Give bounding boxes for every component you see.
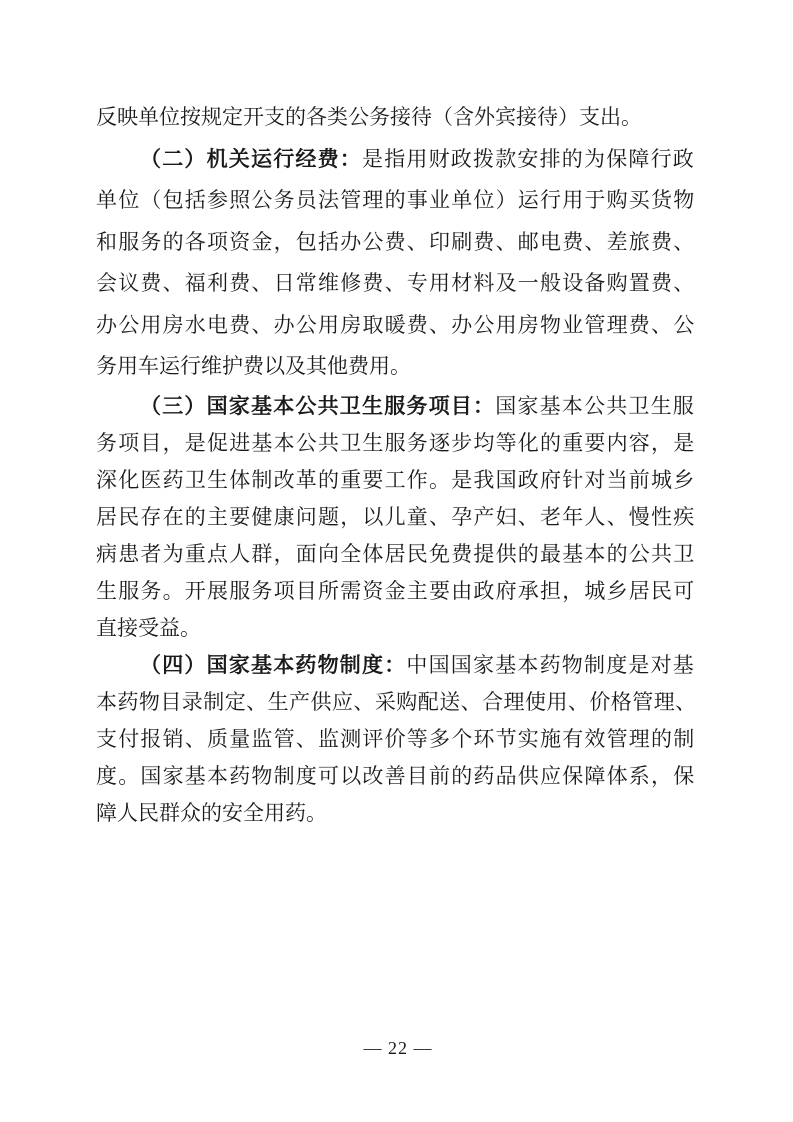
text-line: 会议费、福利费、日常维修费、专用材料及一般设备购置费、 (96, 263, 700, 305)
text-line: 障人民群众的安全用药。 (96, 795, 700, 832)
line-text: 务项目，是促进基本公共卫生服务逐步均等化的重要内容，是 (96, 431, 695, 455)
line-text: 务用车运行维护费以及其他费用。 (96, 354, 411, 378)
text-line: 务用车运行维护费以及其他费用。 (96, 346, 700, 388)
text-line: 务项目，是促进基本公共卫生服务逐步均等化的重要内容，是 (96, 425, 700, 462)
line-text: 度。国家基本药物制度可以改善目前的药品供应保障体系，保 (96, 764, 695, 788)
text-line: 病患者为重点人群，面向全体居民免费提供的最基本的公共卫 (96, 536, 700, 573)
line-text: 深化医药卫生体制改革的重要工作。是我国政府针对当前城乡 (96, 468, 695, 492)
paragraph-agency-operating-expenses: （二）机关运行经费：是指用财政拨款安排的为保障行政 单位（包括参照公务员法管理的… (96, 139, 700, 388)
paragraph-intro-continuation: 反映单位按规定开支的各类公务接待（含外宾接待）支出。 (96, 97, 700, 139)
text-line: （二）机关运行经费：是指用财政拨款安排的为保障行政 (96, 139, 700, 181)
text-line: 直接受益。 (96, 610, 700, 647)
line-text: 生服务。开展服务项目所需资金主要由政府承担，城乡居民可 (96, 579, 695, 603)
section-heading-bold: （三）国家基本公共卫生服务项目： (140, 394, 495, 418)
section-heading-bold: （四）国家基本药物制度： (140, 653, 406, 677)
document-page: 反映单位按规定开支的各类公务接待（含外宾接待）支出。 （二）机关运行经费：是指用… (0, 0, 793, 1122)
line-text: 办公用房水电费、办公用房取暖费、办公用房物业管理费、公 (96, 313, 695, 337)
text-line: 单位（包括参照公务员法管理的事业单位）运行用于购买货物 (96, 180, 700, 222)
line-text: 和服务的各项资金，包括办公费、印刷费、邮电费、差旅费、 (96, 230, 695, 254)
page-body: 反映单位按规定开支的各类公务接待（含外宾接待）支出。 （二）机关运行经费：是指用… (96, 97, 700, 832)
paragraph-public-health-service-program: （三）国家基本公共卫生服务项目：国家基本公共卫生服 务项目，是促进基本公共卫生服… (96, 388, 700, 647)
line-text: 国家基本公共卫生服 (495, 394, 695, 418)
paragraph-essential-drug-system: （四）国家基本药物制度：中国国家基本药物制度是对基 本药物目录制定、生产供应、采… (96, 647, 700, 832)
text-line: 反映单位按规定开支的各类公务接待（含外宾接待）支出。 (96, 97, 700, 139)
line-text: 支付报销、质量监管、监测评价等多个环节实施有效管理的制 (96, 727, 695, 751)
text-line: 本药物目录制定、生产供应、采购配送、合理使用、价格管理、 (96, 684, 700, 721)
line-text: 中国国家基本药物制度是对基 (406, 653, 695, 677)
text-line: 生服务。开展服务项目所需资金主要由政府承担，城乡居民可 (96, 573, 700, 610)
text-line: 深化医药卫生体制改革的重要工作。是我国政府针对当前城乡 (96, 462, 700, 499)
text-line: （四）国家基本药物制度：中国国家基本药物制度是对基 (96, 647, 700, 684)
text-line: 居民存在的主要健康问题，以儿童、孕产妇、老年人、慢性疾 (96, 499, 700, 536)
line-text: 是指用财政拨款安排的为保障行政 (362, 147, 695, 171)
line-text: 反映单位按规定开支的各类公务接待（含外宾接待）支出。 (96, 105, 642, 129)
line-text: 直接受益。 (96, 616, 201, 640)
line-text: 居民存在的主要健康问题，以儿童、孕产妇、老年人、慢性疾 (96, 505, 695, 529)
text-line: 办公用房水电费、办公用房取暖费、办公用房物业管理费、公 (96, 305, 700, 347)
line-text: 障人民群众的安全用药。 (96, 801, 327, 825)
text-line: 支付报销、质量监管、监测评价等多个环节实施有效管理的制 (96, 721, 700, 758)
line-text: 病患者为重点人群，面向全体居民免费提供的最基本的公共卫 (96, 542, 695, 566)
line-text: 会议费、福利费、日常维修费、专用材料及一般设备购置费、 (96, 271, 695, 295)
text-line: 和服务的各项资金，包括办公费、印刷费、邮电费、差旅费、 (96, 222, 700, 264)
text-line: （三）国家基本公共卫生服务项目：国家基本公共卫生服 (96, 388, 700, 425)
section-heading-bold: （二）机关运行经费： (140, 147, 362, 171)
line-text: 本药物目录制定、生产供应、采购配送、合理使用、价格管理、 (96, 690, 697, 714)
line-text: 单位（包括参照公务员法管理的事业单位）运行用于购买货物 (96, 188, 695, 212)
page-number: — 22 — (96, 1038, 700, 1059)
text-line: 度。国家基本药物制度可以改善目前的药品供应保障体系，保 (96, 758, 700, 795)
